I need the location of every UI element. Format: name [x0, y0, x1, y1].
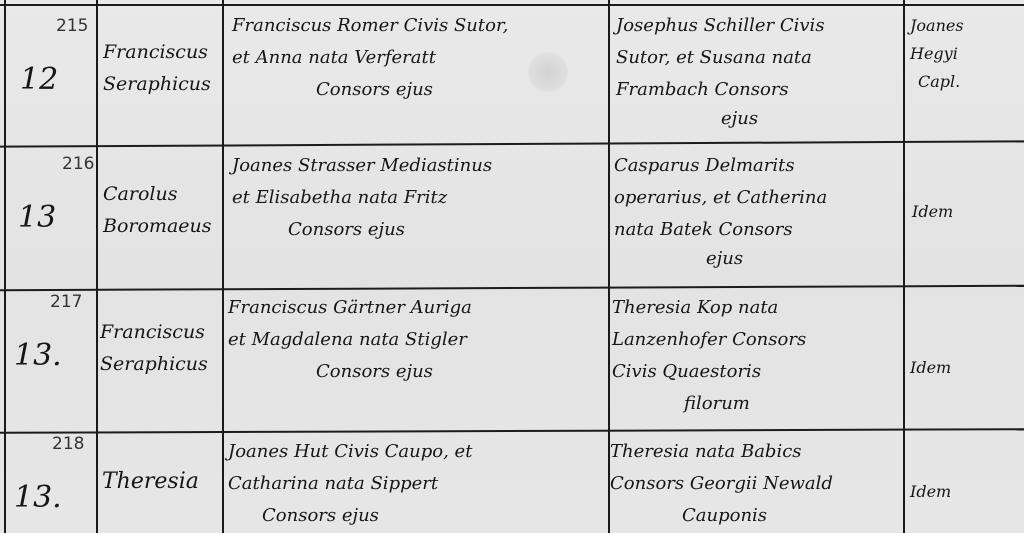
priest-entry: Joanes Hegyi Capl.	[910, 12, 964, 96]
row-divider	[0, 4, 1024, 6]
row-divider	[0, 428, 1024, 434]
column-divider	[222, 0, 224, 533]
godparents-entry: Theresia Kop nata Lanzenhofer Consors Ci…	[612, 292, 806, 420]
godparents-entry: Theresia nata Babics Consors Georgii New…	[610, 436, 833, 532]
column-divider	[4, 0, 6, 533]
column-divider	[903, 0, 905, 533]
priest-entry: Idem	[910, 476, 951, 508]
register-number: 217	[50, 292, 82, 312]
parents-entry: Franciscus Gärtner Auriga et Magdalena n…	[228, 292, 472, 388]
child-name: Franciscus Seraphicus	[100, 316, 208, 380]
parents-entry: Joanes Strasser Mediastinus et Elisabeth…	[232, 150, 492, 246]
baptism-day: 13.	[14, 480, 62, 515]
child-name: Franciscus Seraphicus	[103, 36, 211, 100]
row-divider	[0, 285, 1024, 291]
baptism-day: 12	[20, 62, 58, 97]
priest-entry: Idem	[912, 196, 953, 228]
row-divider	[0, 140, 1024, 147]
priest-entry: Idem	[910, 352, 951, 384]
register-number: 215	[56, 16, 88, 36]
child-name: Carolus Boromaeus	[103, 178, 212, 242]
column-divider	[96, 0, 98, 533]
godparents-entry: Josephus Schiller Civis Sutor, et Susana…	[616, 10, 825, 132]
register-number: 216	[62, 154, 94, 174]
baptism-register-page: 215 12 Franciscus Seraphicus Franciscus …	[0, 0, 1024, 533]
baptism-day: 13	[18, 200, 56, 235]
parents-entry: Franciscus Romer Civis Sutor, et Anna na…	[232, 10, 508, 106]
godparents-entry: Casparus Delmarits operarius, et Catheri…	[614, 150, 827, 272]
register-number: 218	[52, 434, 84, 454]
parents-entry: Joanes Hut Civis Caupo, et Catharina nat…	[228, 436, 472, 532]
baptism-day: 13.	[14, 338, 62, 373]
ink-cross-hatch-mark	[528, 52, 568, 92]
child-name: Theresia	[102, 466, 199, 498]
